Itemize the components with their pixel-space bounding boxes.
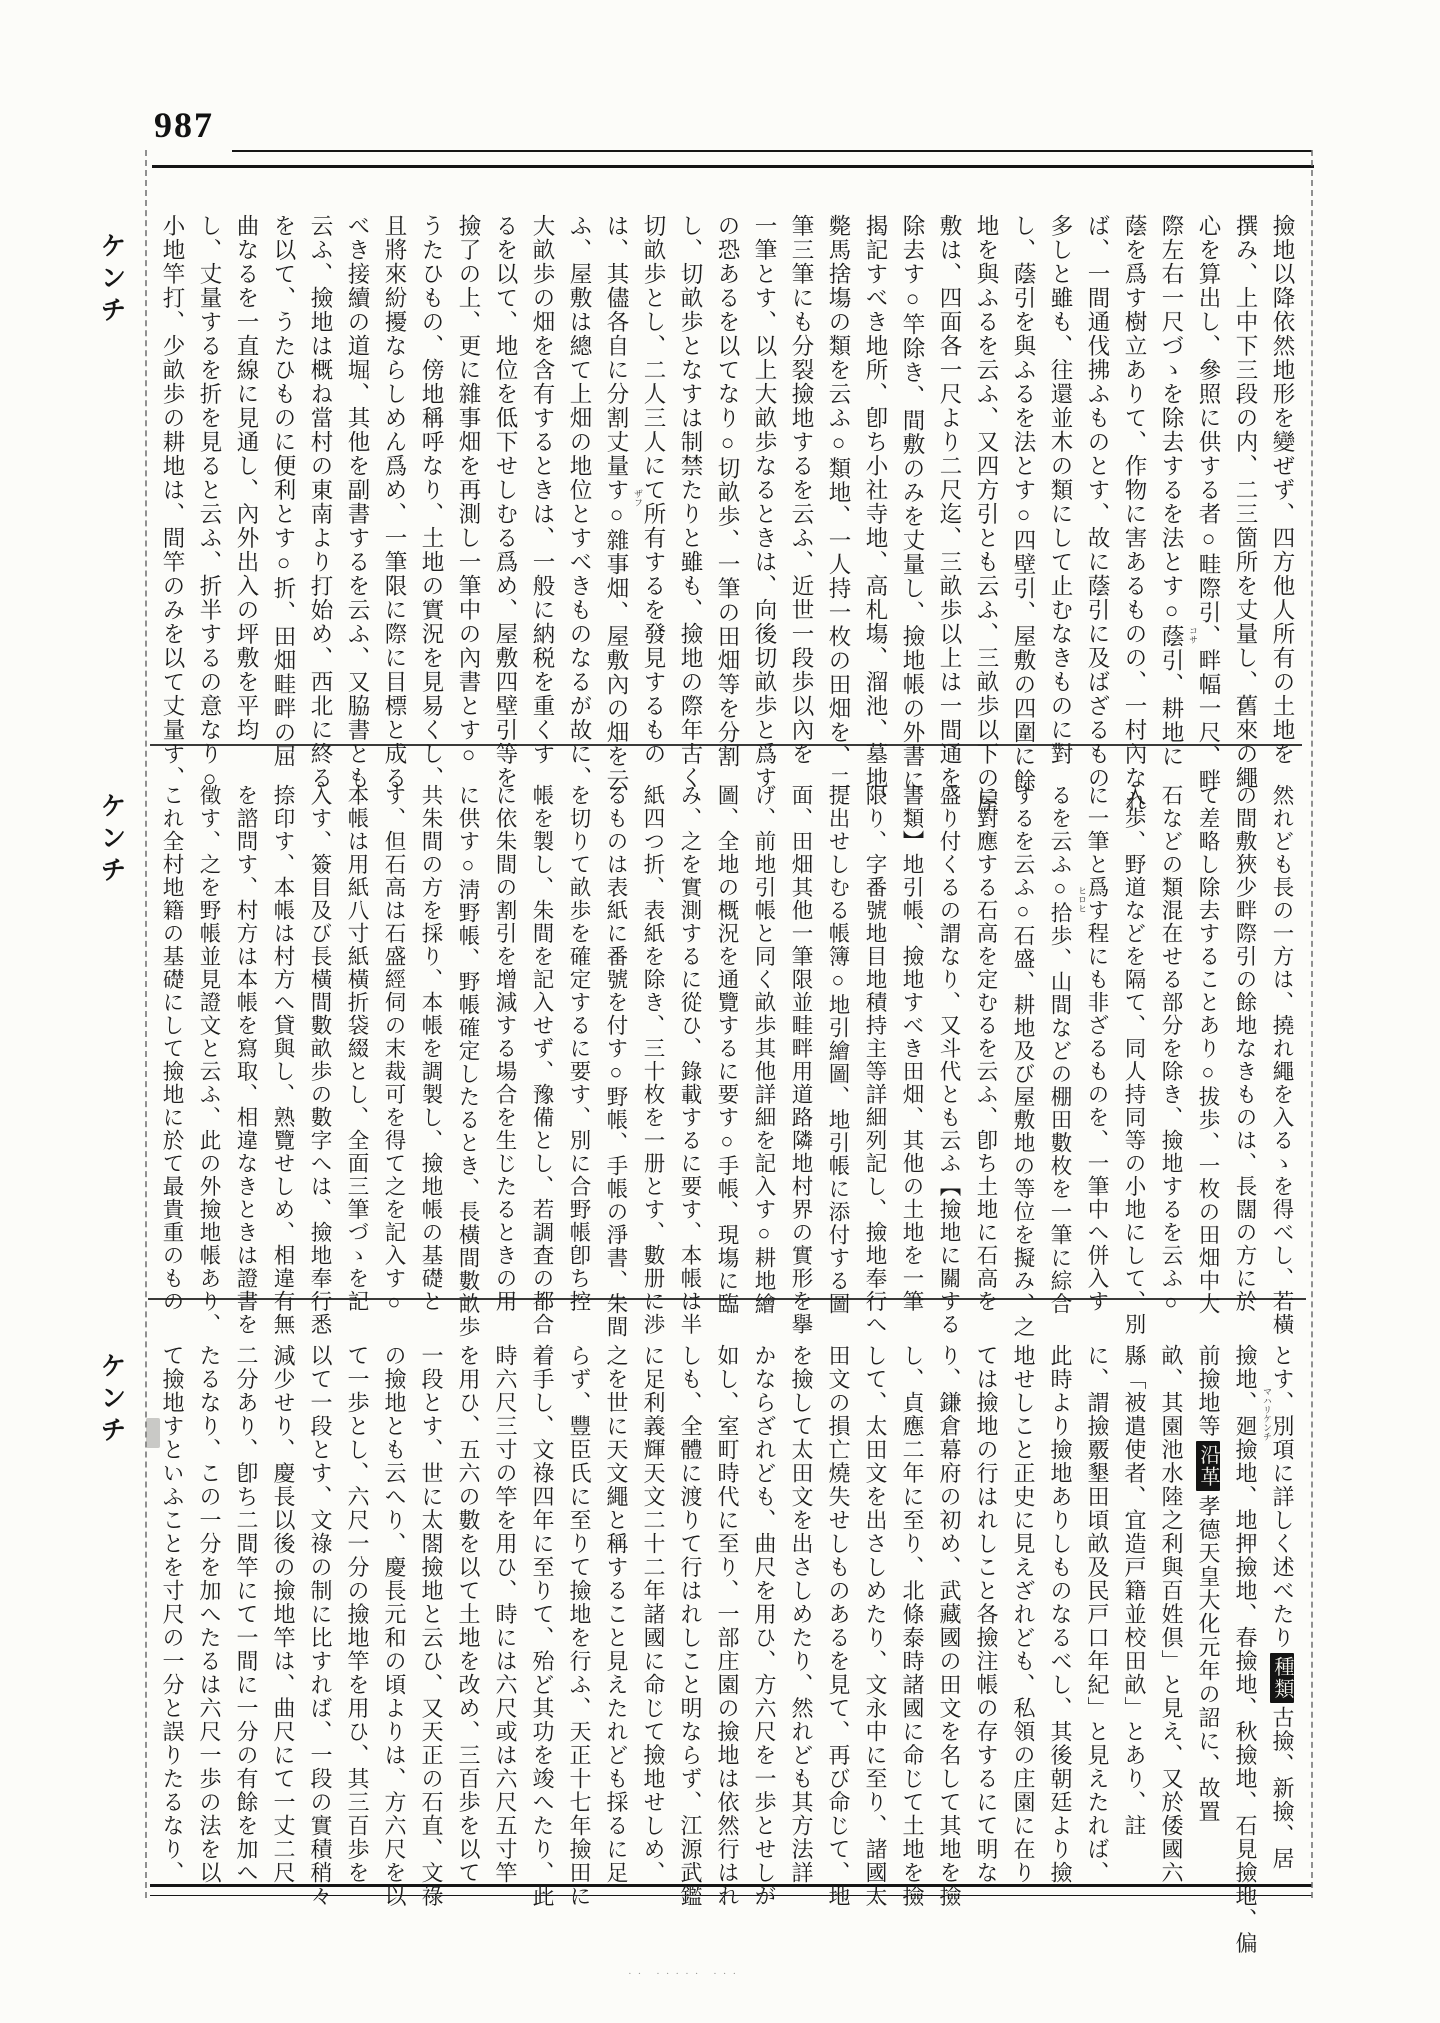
text-column: に供す○淸野帳、野帳確定したるとき、長橫間數畝歩 bbox=[461, 784, 484, 1292]
text-column: し、切畝歩となすは制禁たりと雖も、撿地の際年古く bbox=[683, 214, 706, 742]
text-column: を撿して太田文を出さしめたり、然れども其方法詳 bbox=[794, 1344, 817, 1882]
text-column: に依朱間の割引を增減する場合を生じたるときの用 bbox=[498, 784, 521, 1292]
text-column: を以て、うたひものに便利とす○折、田畑畦畔の屈 bbox=[276, 214, 299, 742]
text-segment: 古撿、新撿、居 bbox=[1270, 1706, 1295, 1871]
text-column: るを云ふ○拾歩、山間などの棚田數枚を一筆に綜合ヒロヒ bbox=[1053, 784, 1076, 1292]
text-column: 揭記すべき地所、卽ち小社寺地、高札塲、溜池、墓地、 bbox=[868, 214, 891, 742]
text-column: の間敷狹少畔際引の餘地なきものは、長闊の方に於 bbox=[1238, 784, 1261, 1292]
text-column: 敷は、四面各一尺より二尺迄、三畝歩以上は一間通を bbox=[942, 214, 965, 742]
text-column: とす、別項に詳しく述べたり種類古撿、新撿、居 bbox=[1275, 1344, 1298, 1882]
margin-label-kenchi-3: ケンチ bbox=[92, 1352, 130, 1448]
text-column: 一段とす、世に太閤撿地と云ひ、又天正の石直、文祿 bbox=[424, 1344, 447, 1882]
text-band-middle: 然れども長の一方は、撓れ繩を入るゝを得べし、若橫の間敷狹少畔際引の餘地なきものは… bbox=[158, 784, 1300, 1292]
text-column: 着手し、文祿四年に至りて、殆ど其功を竣へたり、此 bbox=[535, 1344, 558, 1882]
text-column: を用ひ、五六の數を以て土地を改め、三百歩を以て bbox=[461, 1344, 484, 1882]
text-column: 切畝歩とし、二人三人にて所有するを發見するもの bbox=[646, 214, 669, 742]
text-column: 田文の損亡燒失せしものあるを見て、再び命じて、地 bbox=[831, 1344, 854, 1882]
text-column: 時六尺三寸の竿を用ひ、時には六尺或は六尺五寸竿 bbox=[498, 1344, 521, 1882]
text-column: するを云ふ○石盛、耕地及び屋敷地の等位を擬み、之 bbox=[1016, 784, 1039, 1292]
top-rule-thin bbox=[232, 150, 1312, 152]
text-column: 多しと雖も、往還並木の類にして止むなきものに對 bbox=[1053, 214, 1076, 742]
text-column: 蔭を爲す樹立ありて、作物に害あるものの、一村內なれ bbox=[1127, 214, 1150, 742]
text-column: 盛り付くるの謂なり、又斗代とも云ふ【撿地に關する bbox=[942, 784, 965, 1292]
text-column: の恐あるを以てなり○切畝歩、一筆の田畑等を分割 bbox=[720, 214, 743, 742]
text-column: 小地竿打、少畝歩の耕地は、間竿のみを以て丈量す、 bbox=[165, 214, 188, 742]
text-column: を諮問す、村方は本帳を寫取、相違なきときは證書を bbox=[239, 784, 262, 1292]
scanned-dictionary-page: 987 ケンチ ケンチ ケンチ 撿地以降依然地形を變ぜず、四方他人所有の土地を撰… bbox=[0, 0, 1440, 2023]
text-column: しも、全體に渡りて行はれしこと明ならず、江源武鑑 bbox=[683, 1344, 706, 1882]
text-column: これ全村地籍の基礎にして撿地に於て最貴重のもの bbox=[165, 784, 188, 1292]
text-column: べき接續の道堀、其他を副書するを云ふ、又脇書とも bbox=[350, 214, 373, 742]
text-column: げ、前地引帳と同く畝歩其他詳細を記入す○耕地繪 bbox=[757, 784, 780, 1292]
right-border-line bbox=[1311, 150, 1313, 1898]
ink-smudge bbox=[146, 1418, 160, 1448]
page-number: 987 bbox=[154, 104, 214, 146]
text-column: て差略し除去することあり○拔歩、一枚の田畑中大 bbox=[1201, 784, 1224, 1292]
text-column: 本帳は用紙八寸紙橫折袋綴とし、全面三筆づゝを記 bbox=[350, 784, 373, 1292]
text-column: 際左右一尺づゝを除去するを法とす○蔭引、耕地にコサ bbox=[1164, 214, 1187, 742]
text-column: 徵す、之を野帳並見證文と云ふ、此の外撿地帳あり、 bbox=[202, 784, 225, 1292]
text-column: し、貞應二年に至り、北條泰時諸國に命じて土地を撿 bbox=[905, 1344, 928, 1882]
section-marker-box: 沿革 bbox=[1196, 1441, 1220, 1491]
text-column: 一筆とす、以上大畝歩なるときは、向後切畝歩と爲す bbox=[757, 214, 780, 742]
text-column: して、太田文を出さしめたり、文永中に至り、諸國太 bbox=[868, 1344, 891, 1882]
text-column: 之を世に天文繩と稱すること見えたれども採るに足 bbox=[609, 1344, 632, 1882]
text-band-bottom: とす、別項に詳しく述べたり種類古撿、新撿、居撿地、廻撿地、地押撿地、春撿地、秋撿… bbox=[158, 1344, 1300, 1882]
text-column: 圖、全地の概況を通覽するに要す○手帳、現塲に臨 bbox=[720, 784, 743, 1292]
text-column: す、但石高は石盛經伺の末裁可を得て之を記入す○ bbox=[387, 784, 410, 1292]
text-band-top: 撿地以降依然地形を變ぜず、四方他人所有の土地を撰み、上中下三段の内、二三箇所を丈… bbox=[158, 214, 1300, 742]
furigana-note: マハリケンチ bbox=[1261, 1387, 1274, 1441]
text-column: 云ふ、撿地は概ね當村の東南より打始め、西北に終る bbox=[313, 214, 336, 742]
text-column: に、謂撿覈墾田頃畝及民戸口年紀」と見えたれば、 bbox=[1090, 1344, 1113, 1882]
text-column: 縣「被遣使者、宜造戸籍並校田畝」とあり、註 bbox=[1127, 1344, 1150, 1882]
text-column: 地を與ふるを云ふ、又四方引とも云ふ、三畝歩以下の屋 bbox=[979, 214, 1002, 742]
text-column: 筆三筆にも分裂撿地するを云ふ、近世一段歩以內を bbox=[794, 214, 817, 742]
text-column: に足利義輝天文二十二年諸國に命じて撿地せしめ、 bbox=[646, 1344, 669, 1882]
text-column: を切りて畝歩を確定するに要す、別に合野帳卽ち控 bbox=[572, 784, 595, 1292]
text-column: 石などの類混在せる部分を除き、撿地するを云ふ○ bbox=[1164, 784, 1187, 1292]
furigana-note: ヒロヒ bbox=[1076, 886, 1089, 913]
text-column: 撿地、廻撿地、地押撿地、春撿地、秋撿地、石見撿地、偏マハリケンチ bbox=[1238, 1344, 1261, 1882]
text-column: の撿地とも云へり、慶長元和の頃よりは、方六尺を以 bbox=[387, 1344, 410, 1882]
text-column: 畝、其園池水陸之利與百姓倶」と見え、又於倭國六 bbox=[1164, 1344, 1187, 1882]
text-column: 以て一段とす、文祿の制に比すれば、一段の實積稍々 bbox=[313, 1344, 336, 1882]
text-column: うたひもの、傍地稱呼なり、土地の實況を見易くし、 bbox=[424, 214, 447, 742]
text-column: 除去す○竿除き、間敷のみを丈量し、撿地帳の外書に bbox=[905, 214, 928, 742]
bleed-through-marks: ·· ····· ··· bbox=[628, 1968, 742, 1980]
text-column: らず、豐臣氏に至りて撿地を行ふ、天正十七年撿田に bbox=[572, 1344, 595, 1882]
text-column: 地せしこと正史に見えざれども、私領の庄園に在り bbox=[1016, 1344, 1039, 1882]
text-column: 紙四つ折、表紙を除き、三十枚を一册とす、數册に渉 bbox=[646, 784, 669, 1292]
text-column: し、丈量するを折を見ると云ふ、折半するの意なり○ bbox=[202, 214, 225, 742]
margin-label-kenchi-1: ケンチ bbox=[92, 232, 130, 328]
text-column: み、之を實測するに從ひ、錄載するに要す、本帳は半 bbox=[683, 784, 706, 1292]
text-column: て撿地すといふことを寸尺の一分と誤りたるなり、 bbox=[165, 1344, 188, 1882]
text-column: 然れども長の一方は、撓れ繩を入るゝを得べし、若橫 bbox=[1275, 784, 1298, 1292]
furigana-note: コサ bbox=[1187, 626, 1200, 644]
text-column: 共朱間の方を採り、本帳を調製し、撿地帳の基礎と bbox=[424, 784, 447, 1292]
text-column: 面、田畑其他一筆限並畦畔用道路隣地村界の實形を擧 bbox=[794, 784, 817, 1292]
text-column: 入す、簽目及び長橫間數畝歩の數字へは、撿地奉行悉 bbox=[313, 784, 336, 1292]
text-column: り、鎌倉幕府の初め、武藏國の田文を名して其地を撿 bbox=[942, 1344, 965, 1882]
text-column: に一筆と爲す程にも非ざるものを、一筆中へ併入す bbox=[1090, 784, 1113, 1292]
text-column: 提出せしむる帳簿○地引繪圖、地引帳に添付する圖 bbox=[831, 784, 854, 1292]
text-column: 大畝歩の畑を含有するときは、一般に納税を重くす bbox=[535, 214, 558, 742]
text-column: ては撿地の行はれしこと各撿注帳の存するにて明な bbox=[979, 1344, 1002, 1882]
text-segment: 前撿地等 bbox=[1196, 1344, 1221, 1438]
margin-label-kenchi-2: ケンチ bbox=[92, 792, 130, 888]
text-column: て一歩とし、六尺一分の撿地竿を用ひ、其三百歩を bbox=[350, 1344, 373, 1882]
text-column: 曲なるを一直線に見通し、內外出入の坪敷を平均 bbox=[239, 214, 262, 742]
text-column: 此時より撿地ありしものなるべし、其後朝廷より撿 bbox=[1053, 1344, 1076, 1882]
text-column: 心を算出し、參照に供する者○畦際引、畔幅一尺、畔 bbox=[1201, 214, 1224, 742]
text-column: 撰み、上中下三段の内、二三箇所を丈量し、舊來の繩 bbox=[1238, 214, 1261, 742]
text-column: に對應する石高を定むるを云ふ、卽ち土地に石高を bbox=[979, 784, 1002, 1292]
text-column: 如し、室町時代に至り、一部庄園の撿地は依然行はれ bbox=[720, 1344, 743, 1882]
text-column: かならざれども、曲尺を用ひ、方六尺を一歩とせしが bbox=[757, 1344, 780, 1882]
text-column: 撿了の上、更に雜事畑を再測し一筆中の內書とす○ bbox=[461, 214, 484, 742]
text-column: 入歩、野道などを隔て、同人持同等の小地にして、別 bbox=[1127, 784, 1150, 1292]
text-column: 二分あり、卽ち二間竿にて一間に一分の有餘を加へ bbox=[239, 1344, 262, 1882]
section-marker-box: 種類 bbox=[1270, 1653, 1294, 1703]
text-column: 前撿地等沿革孝德天皇大化元年の詔に、故置 bbox=[1201, 1344, 1224, 1882]
text-column: たるなり、この一分を加へたるは六尺一歩の法を以 bbox=[202, 1344, 225, 1882]
text-column: 書類】地引帳、撿地すべき田畑、其他の土地を一筆 bbox=[905, 784, 928, 1292]
text-segment: 孝德天皇大化元年の詔に、故置 bbox=[1196, 1494, 1221, 1823]
text-column: ば、一間通伐拂ふものとす、故に蔭引に及ばざるもの bbox=[1090, 214, 1113, 742]
text-column: 且將來紛擾ならしめん爲め、一筆限に際に目標と成る bbox=[387, 214, 410, 742]
text-column: ふ、屋敷は總て上畑の地位とすべきものなるが故に、 bbox=[572, 214, 595, 742]
text-column: し、蔭引を與ふるを法とす○四壁引、屋敷の四圍に餘 bbox=[1016, 214, 1039, 742]
text-column: 帳を製し、朱間を記入せず、豫備とし、若調査の都合 bbox=[535, 784, 558, 1292]
left-border-line bbox=[145, 150, 147, 1898]
text-column: は、其儘各自に分割丈量す○雜事畑、屋敷內の畑を云ザフ bbox=[609, 214, 632, 742]
text-column: るものは表紙に番號を付す○野帳、手帳の淨書、朱間 bbox=[609, 784, 632, 1292]
top-rule-thick bbox=[152, 165, 1314, 168]
text-column: るを以て、地位を低下せしむる爲め、屋敷四壁引等を bbox=[498, 214, 521, 742]
text-column: 撿地以降依然地形を變ぜず、四方他人所有の土地を bbox=[1275, 214, 1298, 742]
furigana-note: ザフ bbox=[632, 489, 645, 507]
text-column: 捺印す、本帳は村方へ貸與し、熟覽せしめ、相違有無 bbox=[276, 784, 299, 1292]
text-column: 減少せり、慶長以後の撿地竿は、曲尺にて一丈二尺 bbox=[276, 1344, 299, 1882]
text-column: 斃馬捨塲の類を云ふ○類地、一人持一枚の田畑を、二 bbox=[831, 214, 854, 742]
text-column: 限り、字番號地目地積持主等詳細列記し、撿地奉行へ bbox=[868, 784, 891, 1292]
